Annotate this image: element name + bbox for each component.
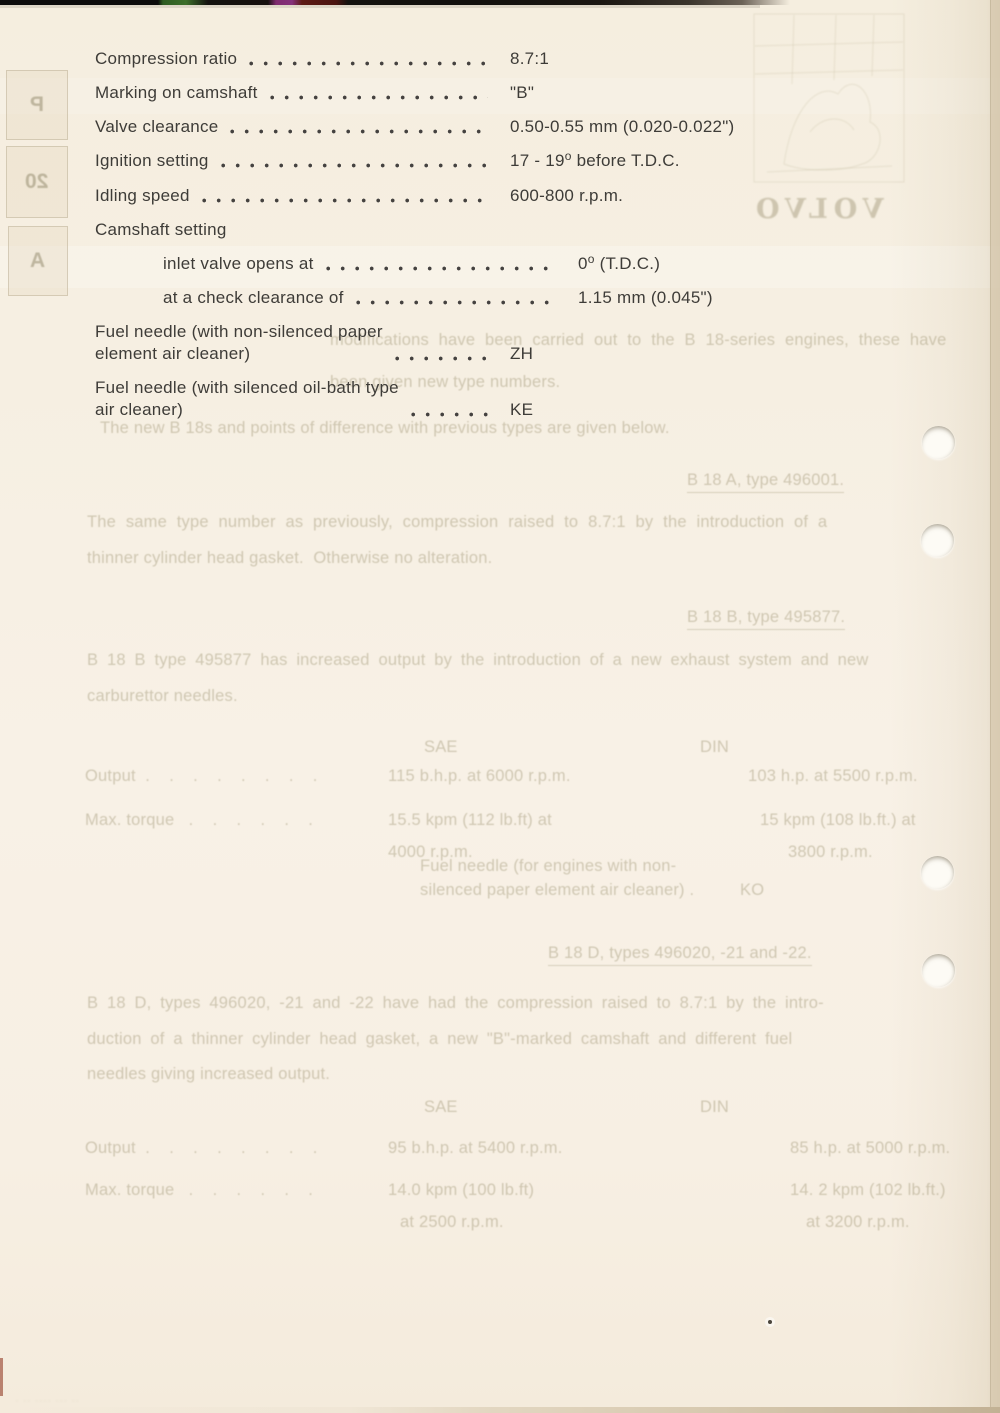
spec-label: Idling speed	[95, 185, 190, 207]
right-edge-shading	[890, 0, 1000, 1413]
ghost-line: The same type number as previously, comp…	[87, 512, 827, 532]
degree-superscript: o	[588, 252, 595, 266]
ghost-table-header: DIN	[700, 1097, 729, 1117]
spec-value: 1.15 mm (0.045")	[578, 287, 1000, 309]
ghost-line: thinner cylinder head gasket. Otherwise …	[87, 548, 492, 568]
degree-superscript: o	[565, 149, 572, 163]
ghost-tab-glyph: A	[30, 249, 45, 273]
ghost-table-header: DIN	[700, 737, 729, 757]
dot-leader	[249, 60, 488, 67]
ghost-line: duction of a thinner cylinder head gaske…	[87, 1029, 792, 1049]
ghost-cell: 115 b.h.p. at 6000 r.p.m.	[388, 766, 571, 786]
spec-label: Marking on camshaft	[95, 82, 258, 104]
spec-label: Compression ratio	[95, 48, 237, 70]
ghost-heading: B 18 D, types 496020, -21 and -22.	[548, 943, 812, 966]
scanned-document-page: { "specs": { "rows": [ {"top":48,"label_…	[0, 0, 1000, 1413]
spec-value: ZH	[510, 343, 940, 365]
spec-label: Fuel needle (with silenced oil-bath type…	[95, 377, 399, 421]
ghost-cell: KO	[740, 880, 764, 900]
spec-value: 0.50-0.55 mm (0.020-0.022")	[510, 116, 940, 138]
spec-value: 0o (T.D.C.)	[578, 253, 1000, 275]
spec-label: inlet valve opens at	[163, 253, 314, 275]
ghost-cell: 3800 r.p.m.	[788, 842, 873, 862]
ghost-heading: B 18 B, type 495877.	[687, 607, 845, 630]
punched-hole	[922, 954, 955, 987]
spec-row: Fuel needle (with silenced oil-bath type…	[95, 377, 940, 421]
ghost-cell: Max. torque . . . . . .	[85, 1180, 313, 1200]
ghost-line: The new B 18s and points of difference w…	[100, 418, 670, 438]
ghost-line: B 18 B type 495877 has increased output …	[87, 650, 868, 670]
dot-leader	[270, 94, 488, 101]
ghost-cell: Max. torque . . . . . .	[85, 810, 313, 830]
spec-value: 8.7:1	[510, 48, 940, 70]
ghost-line: silenced paper element air cleaner) .	[420, 880, 694, 900]
spec-value: 17 - 19o before T.D.C.	[510, 150, 940, 172]
right-edge-strip	[990, 0, 1000, 1413]
dot-leader	[230, 128, 488, 135]
ghost-cell: 15 kpm (108 lb.ft.) at	[760, 810, 916, 830]
ghost-cell: Output . . . . . . . .	[85, 1138, 318, 1158]
dot-leader	[395, 355, 488, 362]
ghost-index-tab: A	[8, 226, 68, 296]
spec-row: Ignition setting17 - 19o before T.D.C.	[95, 150, 940, 172]
ghost-cell: 95 b.h.p. at 5400 r.p.m.	[388, 1138, 563, 1158]
dot-leader	[221, 162, 488, 169]
ghost-tab-glyph: P	[30, 93, 44, 117]
ghost-cell: 14.0 kpm (100 lb.ft)	[388, 1180, 534, 1200]
dot-leader	[411, 411, 488, 418]
ghost-line: B 18 D, types 496020, -21 and -22 have h…	[87, 993, 824, 1013]
spec-row: Idling speed600-800 r.p.m.	[95, 185, 940, 207]
spec-row: Marking on camshaft"B"	[95, 82, 940, 104]
spec-label: Ignition setting	[95, 150, 209, 172]
ghost-cell: 85 h.p. at 5000 r.p.m.	[790, 1138, 950, 1158]
ghost-line: needles giving increased output.	[87, 1064, 330, 1084]
punched-hole	[921, 524, 954, 557]
spec-value: KE	[510, 399, 940, 421]
ghost-cell: 15.5 kpm (112 lb.ft) at	[388, 810, 552, 830]
spec-label: Fuel needle (with non-silenced paperelem…	[95, 321, 383, 365]
spec-row: Compression ratio8.7:1	[95, 48, 940, 70]
page-bottom-edge	[0, 1407, 1000, 1413]
ghost-cell: 103 h.p. at 5500 r.p.m.	[748, 766, 918, 786]
ghost-index-tab: P	[6, 70, 68, 140]
spec-row: Camshaft setting	[95, 219, 940, 241]
spec-label: Camshaft setting	[95, 219, 227, 241]
dot-leader	[356, 299, 556, 306]
spec-value: "B"	[510, 82, 940, 104]
ghost-line: carburettor needles.	[87, 686, 238, 706]
dot-leader	[202, 197, 488, 204]
spec-row: Fuel needle (with non-silenced paperelem…	[95, 321, 940, 365]
punched-hole	[921, 856, 954, 889]
ghost-index-tab: 20	[6, 146, 68, 218]
punched-hole	[922, 426, 955, 459]
ghost-line: Fuel needle (for engines with non-	[420, 856, 676, 876]
spec-row: inlet valve opens at0o (T.D.C.)	[95, 253, 1000, 275]
ghost-heading: B 18 A, type 496001.	[687, 470, 844, 493]
ghost-cell: Output . . . . . . . .	[85, 766, 318, 786]
spec-label: Valve clearance	[95, 116, 218, 138]
ghost-cell: at 2500 r.p.m.	[400, 1212, 504, 1232]
spec-row: Valve clearance0.50-0.55 mm (0.020-0.022…	[95, 116, 940, 138]
left-edge-mark	[0, 1358, 3, 1396]
ghost-table-header: SAE	[424, 1097, 458, 1117]
spec-row: at a check clearance of1.15 mm (0.045")	[95, 287, 1000, 309]
ink-speck	[768, 1320, 772, 1324]
spec-value: 600-800 r.p.m.	[510, 185, 940, 207]
ghost-tab-glyph: 20	[25, 170, 48, 194]
ghost-cell: 14. 2 kpm (102 lb.ft.)	[790, 1180, 946, 1200]
spec-label: at a check clearance of	[163, 287, 344, 309]
scan-top-edge-shadow	[0, 5, 760, 8]
dot-leader	[326, 265, 556, 272]
ghost-cell: at 3200 r.p.m.	[806, 1212, 910, 1232]
ghost-table-header: SAE	[424, 737, 458, 757]
